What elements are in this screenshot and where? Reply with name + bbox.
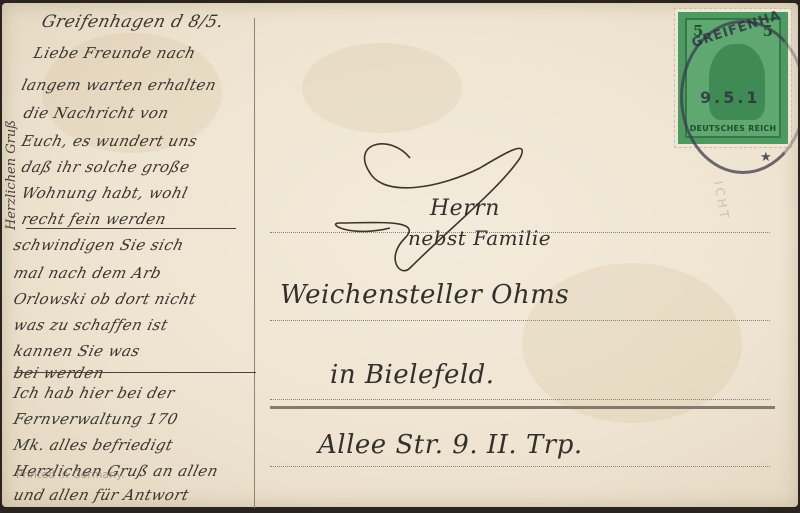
address-salutation: Herrn (430, 196, 500, 221)
underline-rule (26, 228, 236, 229)
message-line: und allen für Antwort (12, 486, 191, 504)
message-line: mal nach dem Arb (12, 264, 164, 282)
address-line-1: nebst Familie (408, 226, 551, 250)
message-line: bei werden (12, 364, 107, 382)
message-line: kannen Sie was (12, 342, 142, 360)
message-line: Liebe Freunde nach (32, 44, 198, 62)
side-note: Herzlichen Gruß (4, 120, 19, 230)
message-line: Orlowski ob dort nicht (12, 290, 199, 308)
paper-stain (302, 43, 462, 133)
message-date-line: Greifenhagen d 8/5. (40, 12, 226, 32)
message-line: schwindigen Sie sich (12, 236, 186, 254)
address-dotted-line (270, 399, 770, 400)
message-line: Euch, es wundert uns (20, 132, 200, 150)
underline-rule (14, 372, 256, 373)
message-line: Fernverwaltung 170 (12, 410, 180, 428)
message-address-divider (254, 18, 255, 508)
message-line: Mk. alles befriedigt (12, 436, 175, 454)
printed-in-germany-imprint: Printed in Germany. (16, 468, 125, 481)
address-line-3: in Bielefeld. (330, 360, 495, 390)
message-line: was zu schaffen ist (12, 316, 170, 334)
message-line: daß ihr solche große (20, 158, 192, 176)
message-line: die Nachricht von (22, 104, 171, 122)
address-line-4: Allee Str. 9. II. Trp. (318, 430, 583, 460)
address-solid-rule (270, 406, 775, 409)
address-dotted-line (270, 320, 770, 321)
message-line: Ich hab hier bei der (12, 384, 177, 402)
postmark-date: 9.5.1 (700, 88, 761, 107)
postmark-star-icon: ★ (760, 150, 772, 165)
message-line: langem warten erhalten (20, 76, 219, 94)
address-line-2: Weichensteller Ohms (280, 280, 569, 310)
message-line: recht fein werden (20, 210, 169, 228)
message-line: Wohnung habt, wohl (20, 184, 190, 202)
address-dotted-line (270, 466, 770, 467)
